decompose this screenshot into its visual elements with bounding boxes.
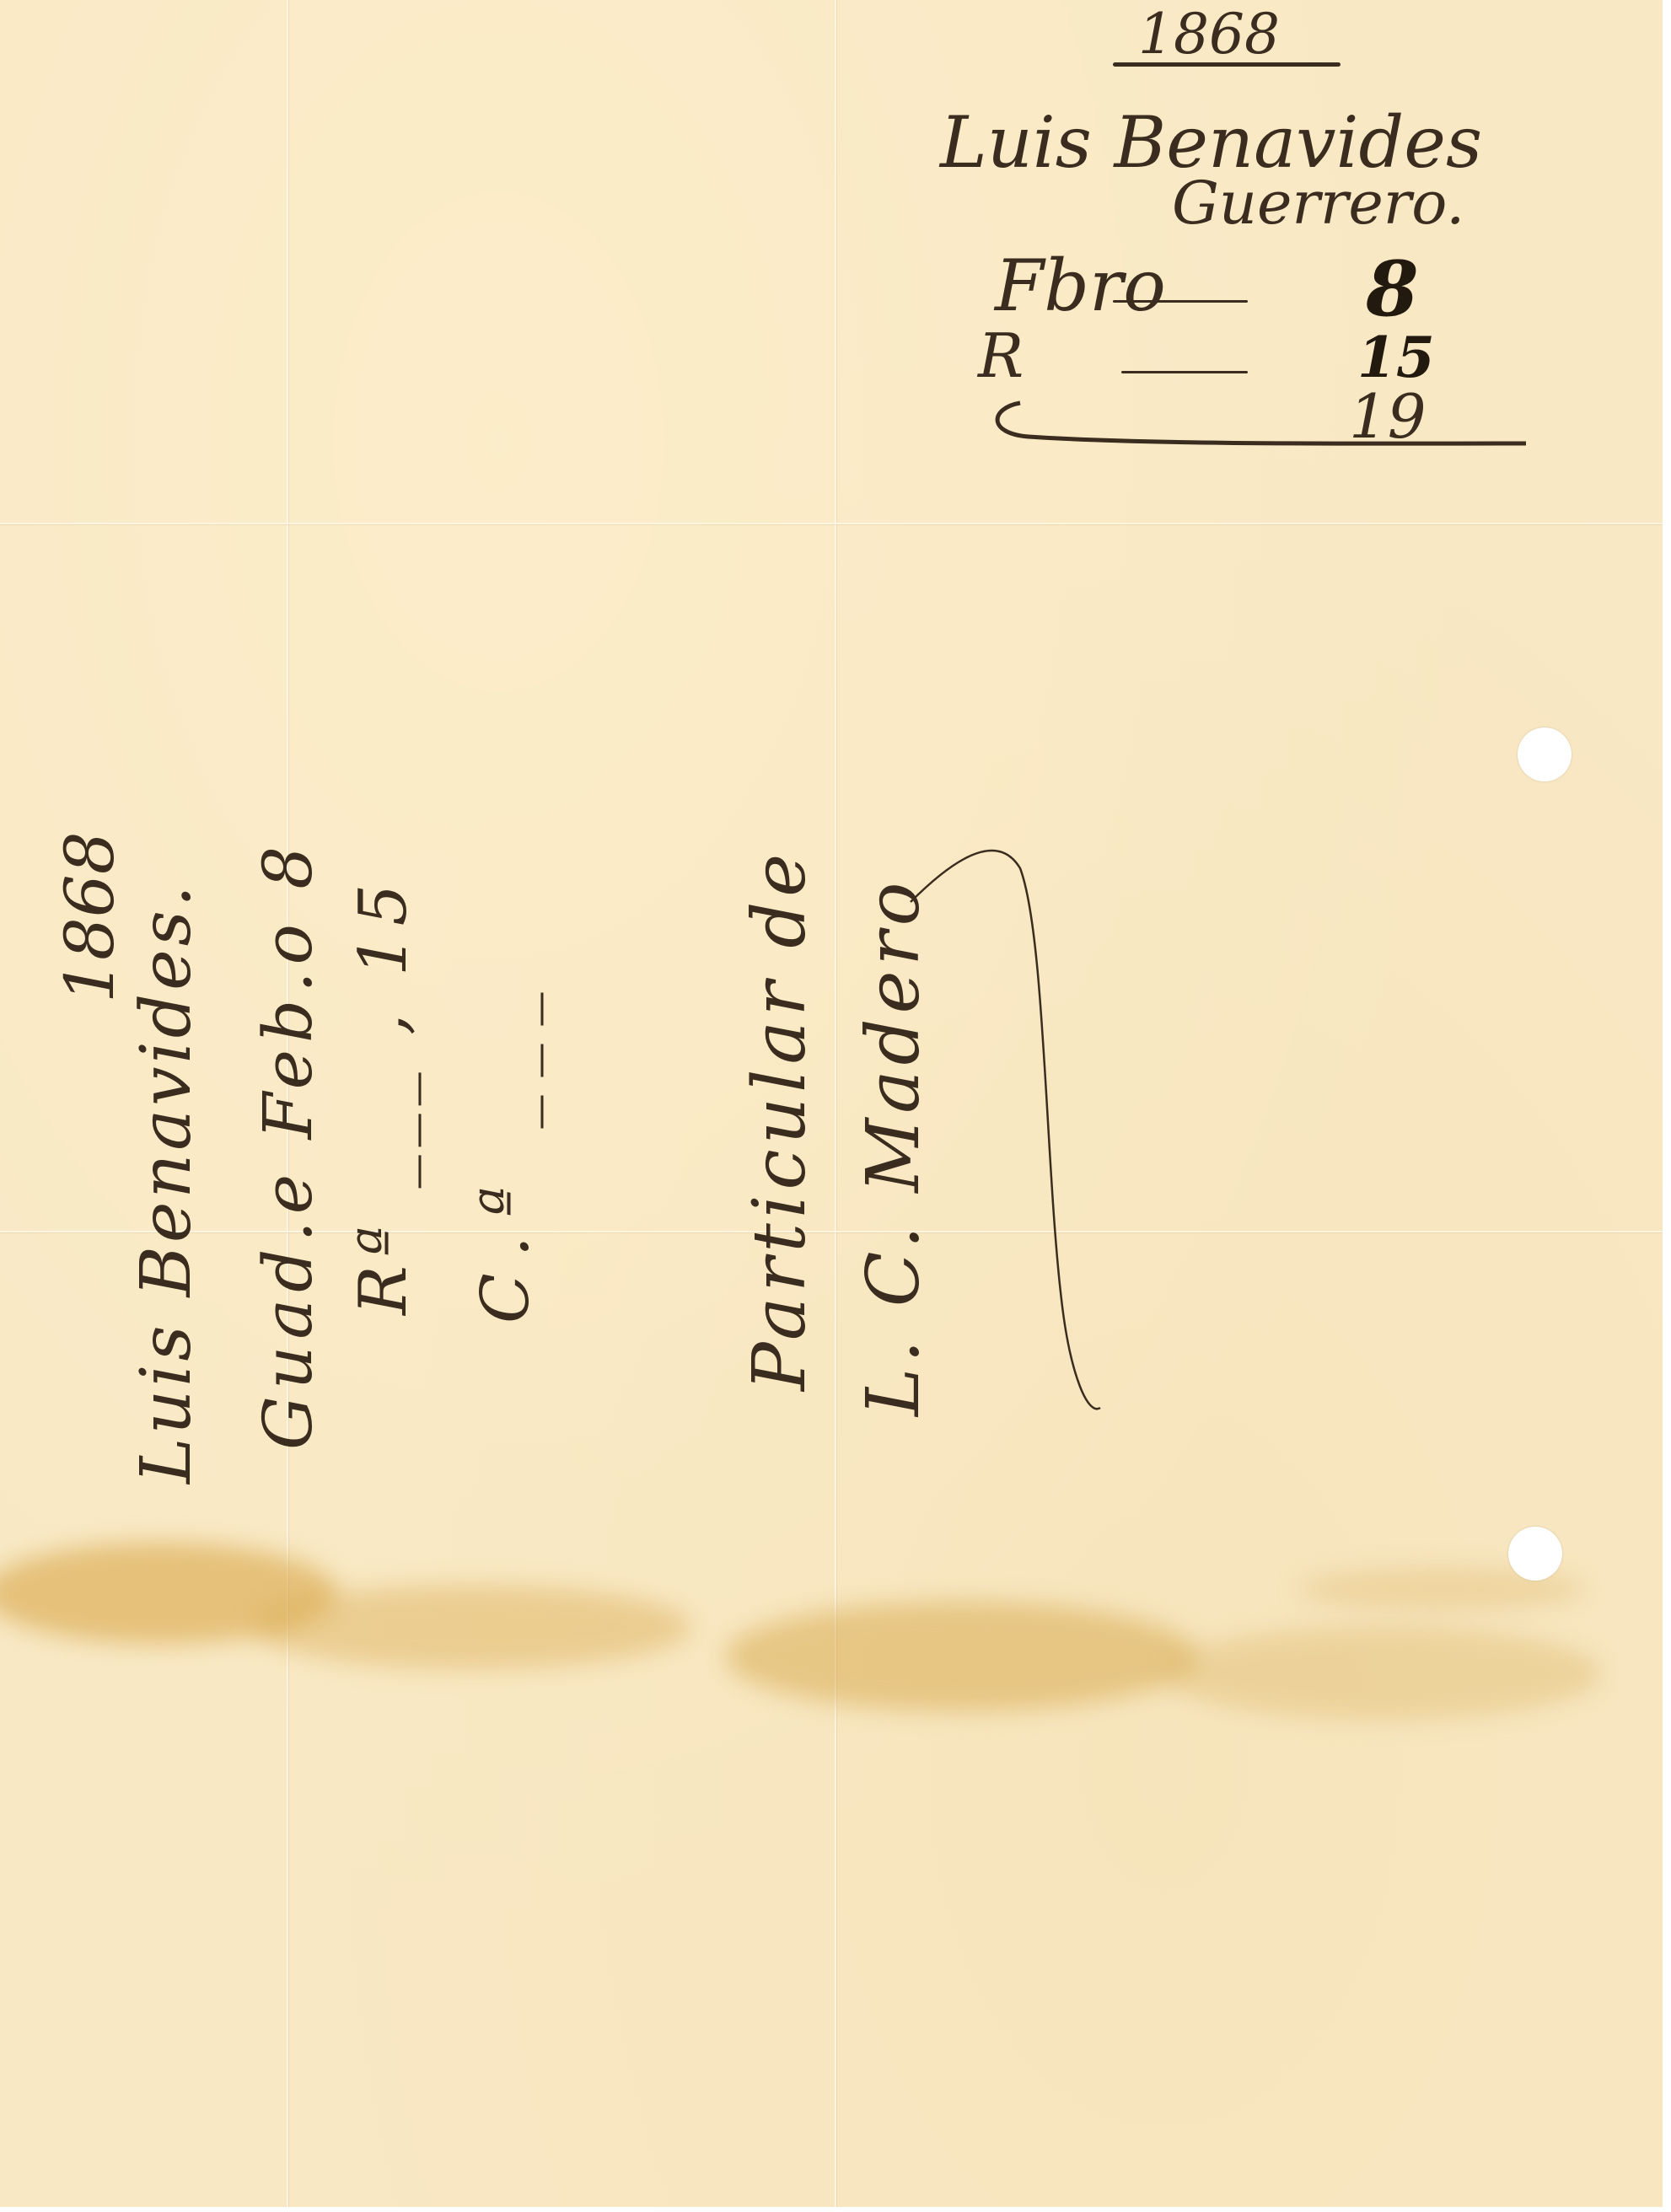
docket-left-line4: C.ª ___ [468, 974, 544, 1323]
docket-left-line3: Rª ___ , 15 [346, 876, 422, 1315]
ledger-row-label: R [978, 320, 1024, 391]
docket-left-year: 1868 [51, 831, 129, 1003]
ledger-total: 19 [1349, 381, 1427, 452]
fold-line-vertical-center [835, 0, 836, 2207]
ledger-total-brace [986, 396, 1526, 455]
ledger-row-value: 8 [1366, 244, 1419, 334]
docket-left-line1: Luis Benavides. [126, 882, 207, 1484]
punch-hole-upper [1518, 727, 1572, 781]
ledger-year: 1868 [1138, 2, 1280, 67]
docket-middle-flourish [894, 835, 1096, 1425]
scan-edge-bottom [0, 2207, 1671, 2212]
ledger-row-dash [1113, 300, 1248, 303]
docket-left-line2: Guad.e Feb.o 8 [249, 840, 327, 1450]
punch-hole-lower [1508, 1527, 1562, 1581]
ledger-year-underline [1113, 62, 1341, 67]
ledger-name-line2: Guerrero. [1172, 169, 1464, 238]
ledger-row-label: Fbro [995, 244, 1166, 327]
ledger-row-dash [1121, 371, 1248, 373]
docket-middle-line1: Particular de [738, 849, 822, 1391]
fold-line-horizontal-upper [0, 523, 1663, 524]
scan-edge-right [1663, 0, 1671, 2212]
